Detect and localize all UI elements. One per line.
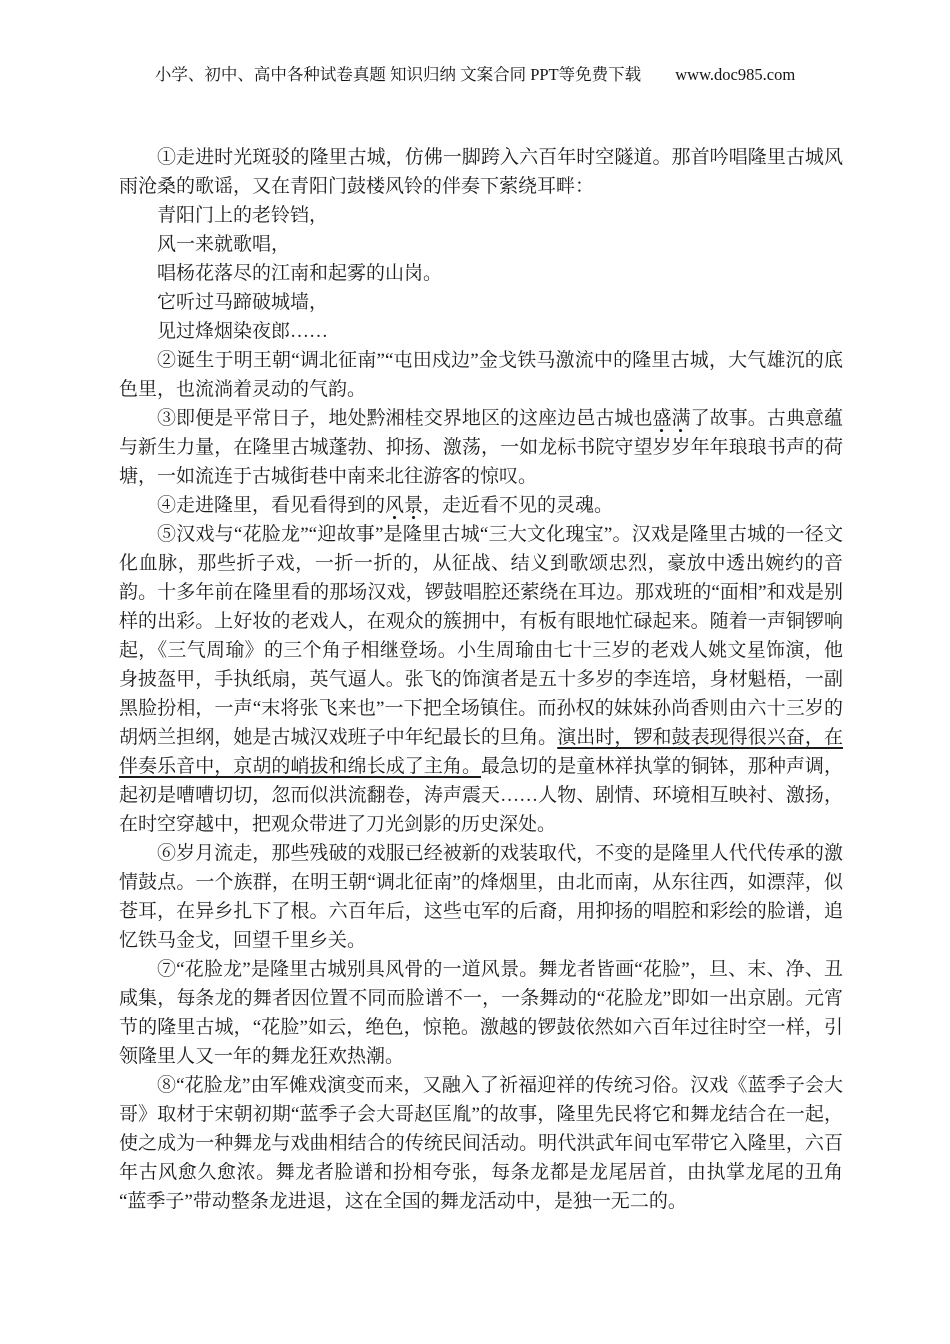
text-run: ⑦“花脸龙”是隆里古城别具风骨的一道风景。舞龙者皆画“花脸”，旦、末、净、丑咸集…: [119, 959, 843, 1067]
text-run: ⑥岁月流走，那些残破的戏服已经被新的戏装取代，不变的是隆里人代代传承的激情鼓点。…: [119, 843, 843, 951]
site-header-services: 小学、初中、高中各种试卷真题 知识归纳 文案合同 PPT等免费下载: [155, 65, 641, 84]
text-run: 唱杨花落尽的江南和起雾的山岗。: [157, 263, 442, 284]
text-run: 它听过马蹄破城墙，: [157, 292, 328, 313]
paragraph: ⑧“花脸龙”由军傩戏演变而来，又融入了祈福迎祥的传统习俗。汉戏《蓝季子会大哥》取…: [119, 1071, 843, 1216]
paragraph: ①走进时光斑驳的隆里古城，仿佛一脚跨入六百年时空隧道。那首吟唱隆里古城风雨沧桑的…: [119, 143, 843, 201]
poem-line: 唱杨花落尽的江南和起雾的山岗。: [119, 259, 843, 288]
document-page: 小学、初中、高中各种试卷真题 知识归纳 文案合同 PPT等免费下载 www.do…: [0, 0, 950, 1344]
article-body: ①走进时光斑驳的隆里古城，仿佛一脚跨入六百年时空隧道。那首吟唱隆里古城风雨沧桑的…: [119, 143, 843, 1216]
text-run: 见过烽烟染夜郎……: [157, 321, 328, 342]
text-run: ②诞生于明王朝“调北征南”“屯田戍边”金戈铁马激流中的隆里古城，大气雄沉的底色里…: [119, 350, 843, 400]
site-header: 小学、初中、高中各种试卷真题 知识归纳 文案合同 PPT等免费下载 www.do…: [0, 64, 950, 86]
emphasis-dotted-text: 风景: [385, 495, 423, 519]
poem-line: 风一来就歌唱，: [119, 230, 843, 259]
paragraph: ④走进隆里，看见看得到的风景，走近看不见的灵魂。: [119, 491, 843, 520]
text-run: ，走近看不见的灵魂。: [423, 495, 613, 516]
poem-line: 青阳门上的老铃铛，: [119, 201, 843, 230]
poem-line: 见过烽烟染夜郎……: [119, 317, 843, 346]
paragraph: ②诞生于明王朝“调北征南”“屯田戍边”金戈铁马激流中的隆里古城，大气雄沉的底色里…: [119, 346, 843, 404]
text-run: ①走进时光斑驳的隆里古城，仿佛一脚跨入六百年时空隧道。那首吟唱隆里古城风雨沧桑的…: [119, 147, 843, 197]
text-run: 风一来就歌唱，: [157, 234, 290, 255]
paragraph: ③即便是平常日子，地处黔湘桂交界地区的这座边邑古城也盛满了故事。古典意蕴与新生力…: [119, 404, 843, 491]
paragraph: ⑤汉戏与“花脸龙”“迎故事”是隆里古城“三大文化瑰宝”。汉戏是隆里古城的一径文化…: [119, 520, 843, 839]
emphasis-dotted-text: 盛满: [652, 408, 690, 432]
site-url: www.doc985.com: [675, 65, 795, 84]
text-run: ⑤汉戏与“花脸龙”“迎故事”是隆里古城“三大文化瑰宝”。汉戏是隆里古城的一径文化…: [119, 524, 843, 748]
text-run: 青阳门上的老铃铛，: [157, 205, 328, 226]
text-run: ⑧“花脸龙”由军傩戏演变而来，又融入了祈福迎祥的传统习俗。汉戏《蓝季子会大哥》取…: [119, 1075, 843, 1212]
text-run: ④走进隆里，看见看得到的: [157, 495, 385, 516]
paragraph: ⑦“花脸龙”是隆里古城别具风骨的一道风景。舞龙者皆画“花脸”，旦、末、净、丑咸集…: [119, 955, 843, 1071]
text-run: ③即便是平常日子，地处黔湘桂交界地区的这座边邑古城也: [157, 408, 652, 429]
paragraph: ⑥岁月流走，那些残破的戏服已经被新的戏装取代，不变的是隆里人代代传承的激情鼓点。…: [119, 839, 843, 955]
poem-line: 它听过马蹄破城墙，: [119, 288, 843, 317]
